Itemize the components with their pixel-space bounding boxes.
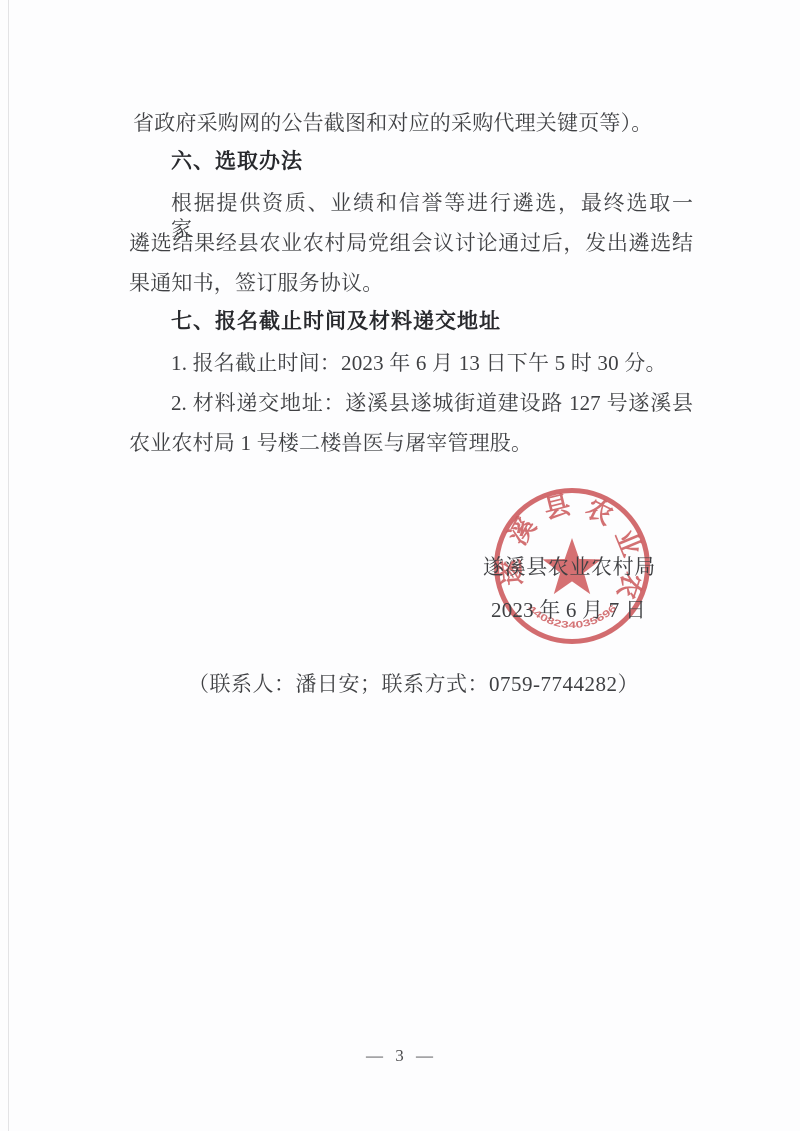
scan-edge-line xyxy=(8,0,9,1131)
body-line-3: 遴选结果经县农业农村局党组会议讨论通过后，发出遴选结 xyxy=(129,230,693,256)
section-heading-7: 七、报名截止时间及材料递交地址 xyxy=(171,309,501,335)
signature-org: 遂溪县农业农村局 xyxy=(483,554,656,580)
body-line-5-deadline: 1. 报名截止时间：2023 年 6 月 13 日下午 5 时 30 分。 xyxy=(171,350,667,376)
contact-line: （联系人：潘日安；联系方式：0759-7744282） xyxy=(188,671,639,697)
body-line-4: 果通知书，签订服务协议。 xyxy=(129,270,383,296)
body-line-6-address: 2. 材料递交地址：遂溪县遂城街道建设路 127 号遂溪县 xyxy=(171,390,693,416)
body-line-1: 省政府采购网的公告截图和对应的采购代理关键页等）。 xyxy=(133,110,653,136)
section-heading-6: 六、选取办法 xyxy=(171,149,303,175)
signature-date: 2023 年 6 月 7 日 xyxy=(491,597,646,623)
page-number: — 3 — xyxy=(0,1046,800,1066)
body-line-7-address-cont: 农业农村局 1 号楼二楼兽医与屠宰管理股。 xyxy=(129,430,532,456)
scanned-document-page: 省政府采购网的公告截图和对应的采购代理关键页等）。 六、选取办法 根据提供资质、… xyxy=(0,0,800,1131)
